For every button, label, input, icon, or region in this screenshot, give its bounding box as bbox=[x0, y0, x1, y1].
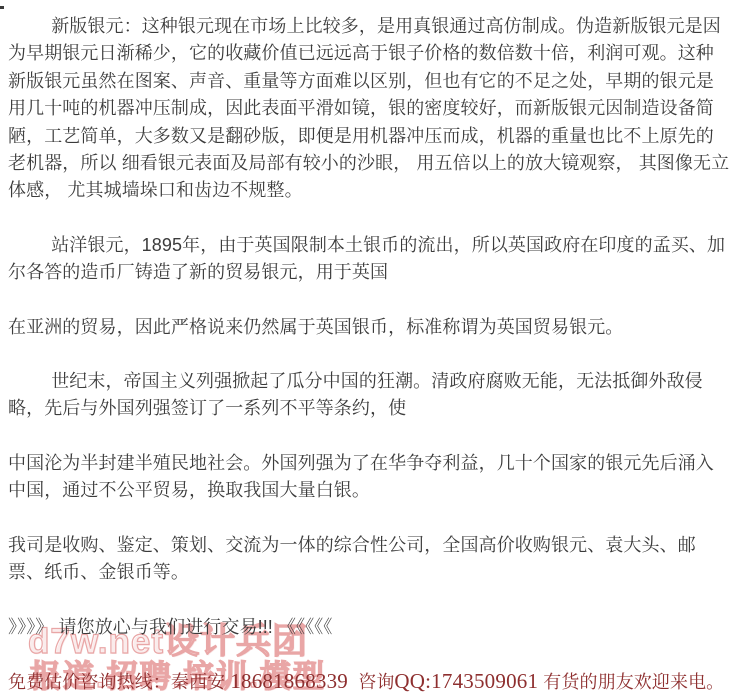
article: 新版银元：这种银元现在市场上比较多，是用真银通过高仿制成。伪造新版银元是因为早期… bbox=[0, 0, 737, 696]
paragraph-century-end-2: 中国沦为半封建半殖民地社会。外国列强为了在华争夺利益，几十个国家的银元先后涌入中… bbox=[8, 450, 731, 505]
promo-line: 》》》》 请您放心与我们进行交易!!! 《《《《《 bbox=[8, 614, 731, 641]
page: { "page": { "width": 737, "height": 697,… bbox=[0, 0, 737, 697]
qq-label: 咨询 bbox=[348, 672, 394, 692]
contact-label: 免费估价咨询热线：秦西安 bbox=[8, 672, 230, 692]
paragraph-trade-dollar-2: 在亚洲的贸易，因此严格说来仍然属于英国银币，标准称谓为英国贸易银元。 bbox=[8, 314, 731, 341]
paragraph-century-end-1: 世纪末，帝国主义列强掀起了瓜分中国的狂潮。清政府腐败无能，无法抵御外敌侵略，先后… bbox=[8, 368, 731, 423]
paragraph-new-silver-dollar: 新版银元：这种银元现在市场上比较多，是用真银通过高仿制成。伪造新版银元是因为早期… bbox=[8, 13, 731, 205]
qq-number: QQ:1743509061 bbox=[394, 669, 538, 693]
contact-suffix: 有货的朋友欢迎来电。 bbox=[538, 672, 724, 692]
phone-number: 18681868339 bbox=[230, 669, 348, 693]
paragraph-company-intro: 我司是收购、鉴定、策划、交流为一体的综合性公司，全国高价收购银元、袁大头、邮票、… bbox=[8, 532, 731, 587]
paragraph-trade-dollar-1: 站洋银元，1895年，由于英国限制本土银币的流出，所以英国政府在印度的孟买、加尔… bbox=[8, 232, 731, 287]
contact-line: 免费估价咨询热线：秦西安 18681868339 咨询QQ:1743509061… bbox=[8, 668, 731, 696]
